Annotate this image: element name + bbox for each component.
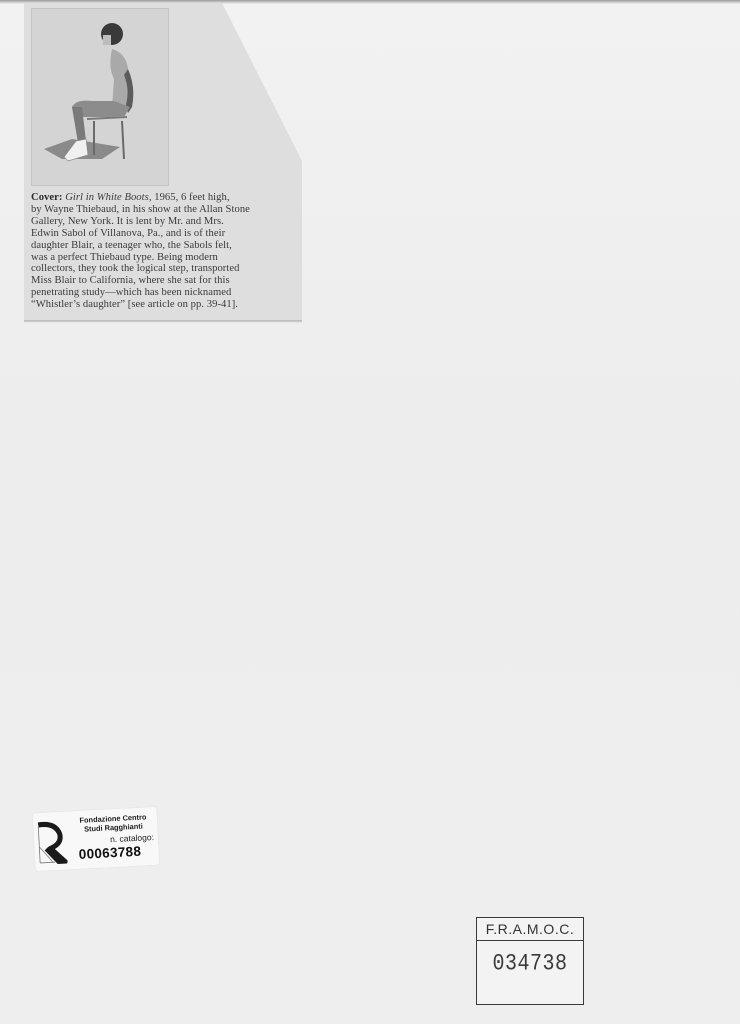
foundation-name: Fondazione Centro Studi Ragghianti [71, 812, 156, 834]
caption-line: by Wayne Thiebaud, in his show at the Al… [31, 204, 250, 215]
caption-line: Gallery, New York. It is lent by Mr. and… [31, 216, 224, 227]
caption-lead: Cover: [31, 192, 62, 203]
cover-photo [31, 8, 169, 186]
stamp-header: F.R.A.M.O.C. [477, 918, 583, 941]
magazine-clipping: Cover: Girl in White Boots, 1965, 6 feet… [24, 3, 302, 322]
caption-line: “Whistler’s daughter” [see article on pp… [31, 299, 238, 310]
caption-line: Edwin Sabol of Villanova, Pa., and is of… [31, 228, 225, 239]
catalog-label: n. catalogo: [110, 832, 154, 844]
seated-girl-illustration [32, 9, 168, 185]
artwork-title: Girl in White Boots, [65, 192, 151, 203]
caption-line: daughter Blair, a teenager who, the Sabo… [31, 240, 232, 251]
caption-line: 1965, 6 feet high, [152, 192, 230, 203]
stamp-number: 034738 [477, 951, 583, 977]
clipping-shadow [24, 320, 302, 323]
catalog-number: 00063788 [78, 844, 141, 862]
caption-line: penetrating study—which has been nicknam… [31, 287, 231, 298]
scanned-page: Cover: Girl in White Boots, 1965, 6 feet… [0, 0, 740, 1024]
cover-caption: Cover: Girl in White Boots, 1965, 6 feet… [31, 192, 297, 311]
archive-catalog-label: Fondazione Centro Studi Ragghianti n. ca… [33, 807, 160, 871]
caption-line: Miss Blair to California, where she sat … [31, 275, 230, 286]
framoc-stamp: F.R.A.M.O.C. 034738 [476, 917, 584, 1005]
ragghianti-r-logo-icon [35, 819, 69, 865]
caption-line: collectors, they took the logical step, … [31, 263, 239, 274]
caption-line: was a perfect Thiebaud type. Being moder… [31, 252, 218, 263]
